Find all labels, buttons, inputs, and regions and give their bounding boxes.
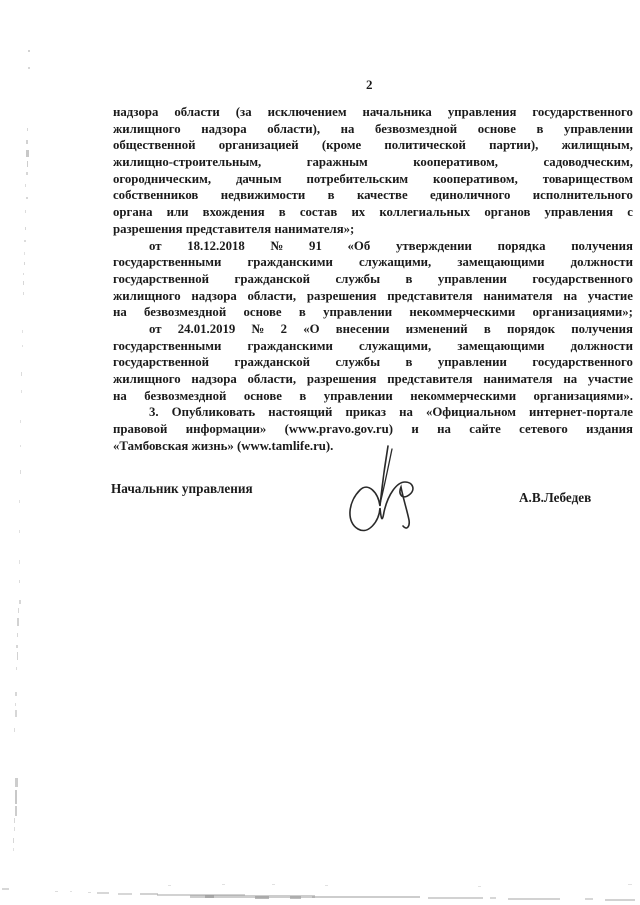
scan-speck	[13, 838, 14, 843]
page-number: 2	[366, 77, 373, 93]
scan-speck	[28, 67, 30, 69]
scan-speck	[27, 161, 28, 167]
text-line: жилищногонадзораобласти,разрешенияпредст…	[113, 371, 633, 388]
scan-speck	[478, 886, 481, 887]
scan-speck	[17, 633, 18, 637]
scan-speck	[605, 899, 635, 901]
scan-speck	[508, 898, 560, 900]
scan-speck	[20, 420, 21, 423]
scan-speck	[23, 273, 24, 275]
scan-speck	[23, 292, 24, 295]
text-line: от24.01.2019№2«Овнесенииизмененийвпорядо…	[113, 321, 633, 338]
scan-speck	[19, 560, 20, 564]
scan-speck	[97, 892, 109, 894]
text-line: от18.12.2018№91«Обутверждениипорядкаполу…	[113, 238, 633, 255]
scan-speck	[20, 470, 21, 474]
scan-speck	[290, 896, 301, 899]
text-line: разрешения представителя нанимателя»;	[113, 221, 633, 238]
text-line: набезвозмезднойосновевуправлениинекоммер…	[113, 304, 633, 321]
scan-speck	[16, 645, 18, 648]
signatory-position: Начальник управления	[111, 481, 253, 497]
text-line: общественнойорганизацией(кромеполитическ…	[113, 137, 633, 154]
text-line: государственнойгражданскойслужбывуправле…	[113, 354, 633, 371]
signatory-name: А.В.Лебедев	[519, 490, 591, 506]
scan-speck	[14, 827, 15, 831]
scan-speck	[2, 888, 9, 890]
scan-speck	[118, 893, 132, 895]
scan-speck	[18, 608, 19, 613]
scan-speck	[24, 252, 25, 255]
scan-speck	[15, 790, 17, 804]
scan-speck	[22, 345, 23, 347]
scan-speck	[19, 580, 20, 583]
scan-speck	[15, 710, 17, 717]
text-line: жилищногонадзораобласти),набезвозмездной…	[113, 121, 633, 138]
scan-speck	[15, 806, 17, 816]
scan-speck	[70, 891, 72, 892]
scan-speck	[15, 778, 18, 787]
text-line: жилищногонадзораобласти,разрешенияпредст…	[113, 288, 633, 305]
text-line: органаиливхождениявсоставихколлегиальных…	[113, 204, 633, 221]
scan-speck	[28, 50, 30, 52]
scan-speck	[26, 140, 28, 144]
scan-speck	[21, 372, 22, 376]
scan-speck	[140, 893, 158, 895]
text-line: государственнойгражданскойслужбывуправле…	[113, 271, 633, 288]
scan-speck	[428, 897, 483, 899]
text-line: набезвозмезднойосновевуправлениинекоммер…	[113, 388, 633, 405]
paragraph: надзораобласти(заисключениемначальникауп…	[113, 104, 633, 238]
text-line: 3.Опубликоватьнастоящийприказна«Официаль…	[113, 404, 633, 421]
text-line: государственнымигражданскимислужащими,за…	[113, 254, 633, 271]
scan-speck	[490, 897, 496, 899]
scan-speck	[272, 884, 275, 885]
scan-speck	[25, 227, 26, 230]
scan-speck	[17, 652, 18, 660]
scan-speck	[23, 281, 24, 285]
scan-speck	[17, 618, 19, 626]
document-page: 2 надзораобласти(заисключениемначальника…	[0, 0, 640, 905]
scan-speck	[222, 884, 225, 885]
scan-speck	[15, 703, 16, 706]
scan-speck	[14, 728, 15, 732]
scan-speck	[19, 530, 20, 533]
handwritten-signature	[334, 432, 434, 542]
scan-speck	[21, 390, 22, 393]
scan-speck	[325, 885, 328, 886]
scan-speck	[26, 197, 28, 199]
scan-speck	[15, 692, 17, 696]
paragraph: от18.12.2018№91«Обутверждениипорядкаполу…	[113, 238, 633, 321]
scan-speck	[55, 891, 58, 892]
scan-speck	[26, 172, 28, 175]
document-body: надзораобласти(заисключениемначальникауп…	[113, 104, 633, 454]
scan-speck	[25, 210, 26, 213]
text-line: надзораобласти(заисключениемначальникауп…	[113, 104, 633, 121]
text-line: жилищно-строительным,гаражнымкооперативо…	[113, 154, 633, 171]
scan-speck	[255, 896, 269, 899]
scan-speck	[22, 330, 23, 333]
text-line: собственниковнедвижимостивкачествеединол…	[113, 187, 633, 204]
paragraph: от24.01.2019№2«Овнесенииизмененийвпорядо…	[113, 321, 633, 404]
scan-speck	[585, 898, 593, 900]
scan-speck	[25, 184, 26, 187]
scan-speck	[16, 667, 17, 670]
scan-speck	[13, 848, 14, 851]
scan-speck	[20, 445, 21, 447]
scan-speck	[312, 896, 420, 898]
scan-speck	[26, 150, 29, 157]
scan-speck	[19, 600, 21, 604]
text-line: государственнымигражданскимислужащими,за…	[113, 338, 633, 355]
scan-speck	[628, 884, 632, 885]
scan-speck	[168, 885, 171, 886]
scan-speck	[27, 128, 28, 131]
scan-speck	[24, 262, 25, 265]
scan-speck	[14, 818, 15, 823]
scan-speck	[24, 240, 26, 242]
scan-speck	[19, 500, 20, 503]
scan-speck	[205, 895, 214, 898]
text-line: огородническим,дачнымпотребительскимкооп…	[113, 171, 633, 188]
scan-speck	[88, 892, 91, 893]
